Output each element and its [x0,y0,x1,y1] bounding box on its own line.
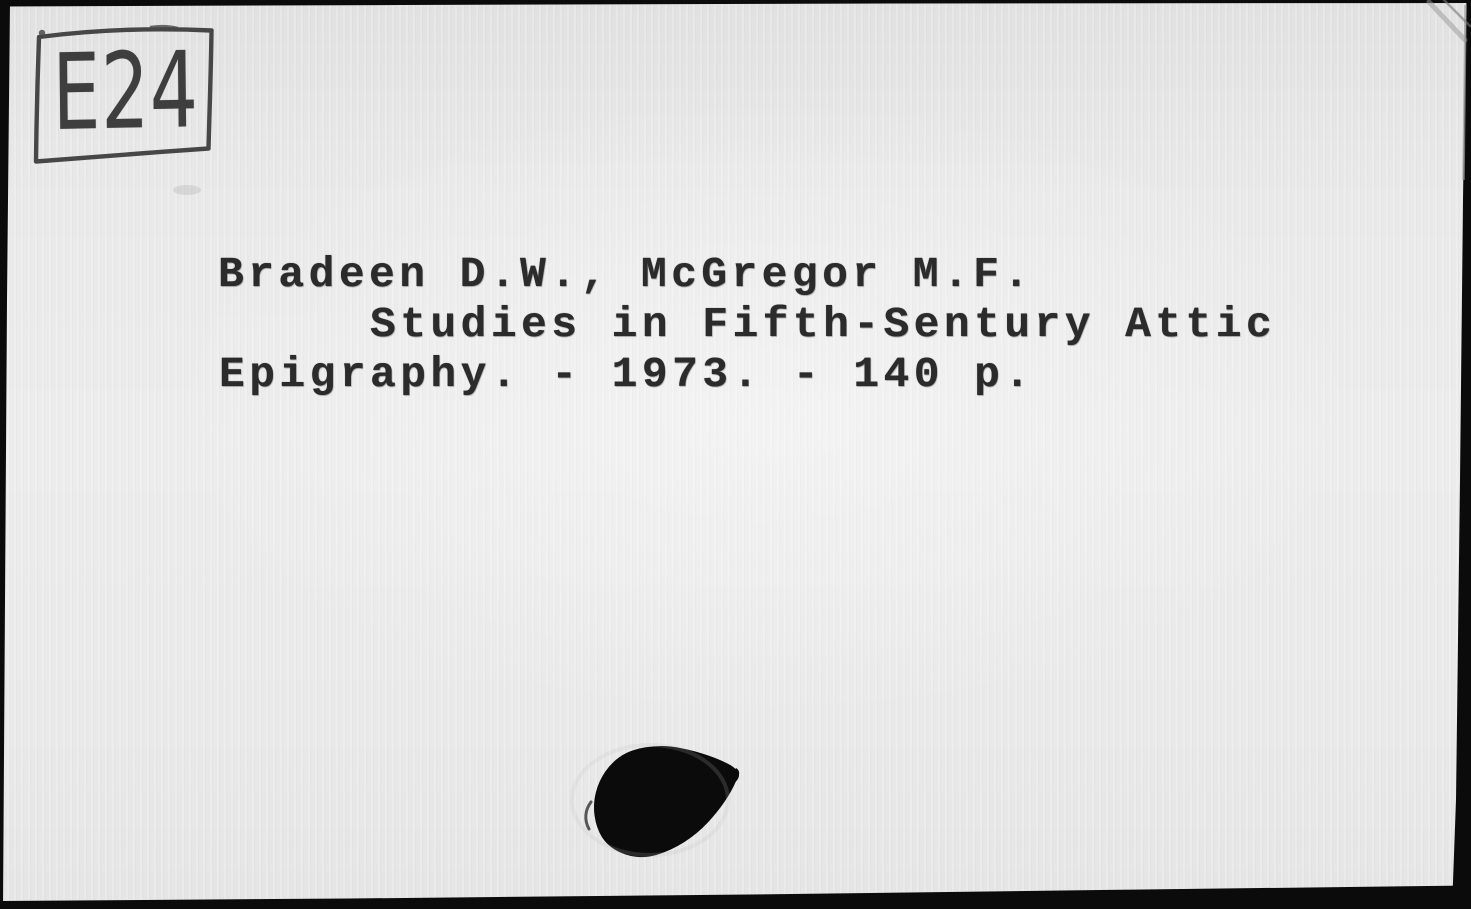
catalog-entry-title: Studies in Fifth-Sentury Attic [370,303,1276,346]
card-surface [0,0,1471,909]
scanned-catalog-card: E24 Bradeen D.W., McGregor M.F. Studies … [0,0,1471,909]
call-number-label: E24 [52,38,199,146]
catalog-entry-authors: Bradeen D.W., McGregor M.F. [218,253,1034,296]
catalog-entry-imprint: Epigraphy. - 1973. - 140 p. [219,353,1035,396]
